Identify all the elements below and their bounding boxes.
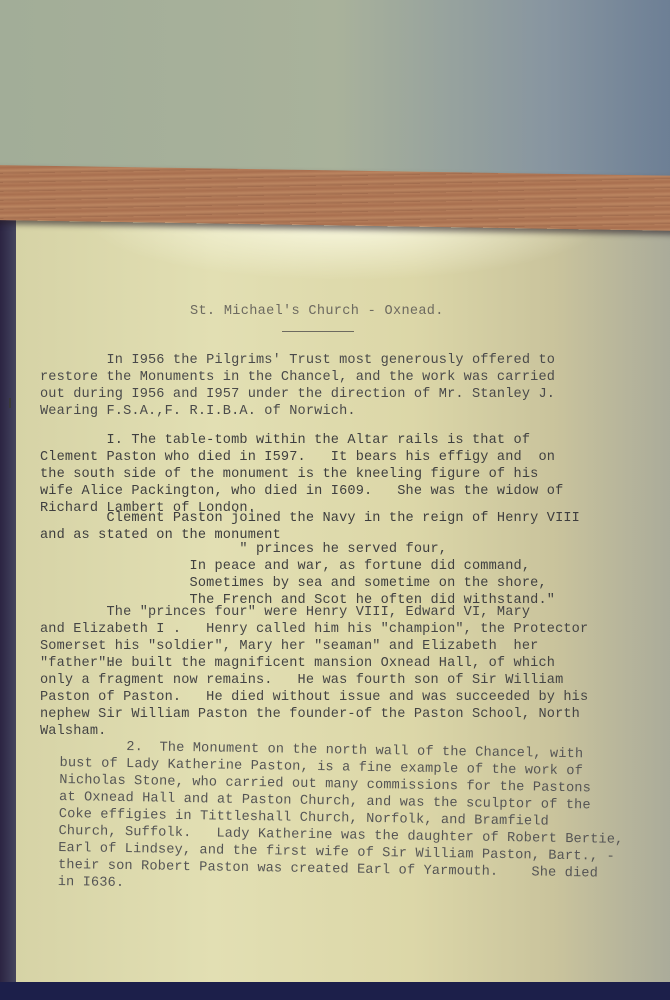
paragraph-section-2: 2. The Monument on the north wall of the… bbox=[58, 738, 625, 900]
text-line: Wearing F.S.A.,F. R.I.B.A. of Norwich. bbox=[40, 403, 555, 420]
text-line: wife Alice Packington, who died in I609.… bbox=[40, 483, 563, 500]
text-line: out during I956 and I957 under the direc… bbox=[40, 386, 555, 403]
text-line: He built the magnificent mansion Oxnead … bbox=[40, 655, 588, 672]
text-line: Sometimes by sea and sometime on the sho… bbox=[40, 575, 555, 592]
paragraph-navy: Clement Paston joined the Navy in the re… bbox=[40, 510, 580, 544]
text-line: Clement Paston who died in I597. It bear… bbox=[40, 449, 563, 466]
text-line: restore the Monuments in the Chancel, an… bbox=[40, 369, 555, 386]
paragraph-section-1: I. The table-tomb within the Altar rails… bbox=[40, 432, 563, 517]
text-line: only a fragment now remains. He was four… bbox=[40, 672, 588, 689]
text-line: Somerset his "soldier", Mary her "seaman… bbox=[40, 638, 588, 655]
paragraph-intro: In I956 the Pilgrims' Trust most generou… bbox=[40, 352, 555, 420]
text-line: the south side of the monument is the kn… bbox=[40, 466, 563, 483]
text-line: nephew Sir William Paston the founder-of… bbox=[40, 706, 588, 723]
text-line: In I956 the Pilgrims' Trust most generou… bbox=[40, 352, 555, 369]
text-line: Paston of Paston. He died without issue … bbox=[40, 689, 588, 706]
monument-verse: " princes he served four, In peace and w… bbox=[40, 541, 555, 609]
text-line: In peace and war, as fortune did command… bbox=[40, 558, 555, 575]
text-line: I. The table-tomb within the Altar rails… bbox=[40, 432, 563, 449]
text-line: Clement Paston joined the Navy in the re… bbox=[40, 510, 580, 527]
title-underline bbox=[282, 331, 354, 332]
margin-mark bbox=[9, 398, 11, 408]
document-text: St. Michael's Church - Oxnead. In I956 t… bbox=[0, 0, 670, 1000]
document-title: St. Michael's Church - Oxnead. bbox=[190, 303, 444, 320]
text-line: Walsham. bbox=[40, 723, 588, 740]
text-line: and Elizabeth I . Henry called him his "… bbox=[40, 621, 588, 638]
text-line: The "princes four" were Henry VIII, Edwa… bbox=[40, 604, 588, 621]
paragraph-mansion: He built the magnificent mansion Oxnead … bbox=[40, 655, 588, 740]
text-line: " princes he served four, bbox=[40, 541, 555, 558]
